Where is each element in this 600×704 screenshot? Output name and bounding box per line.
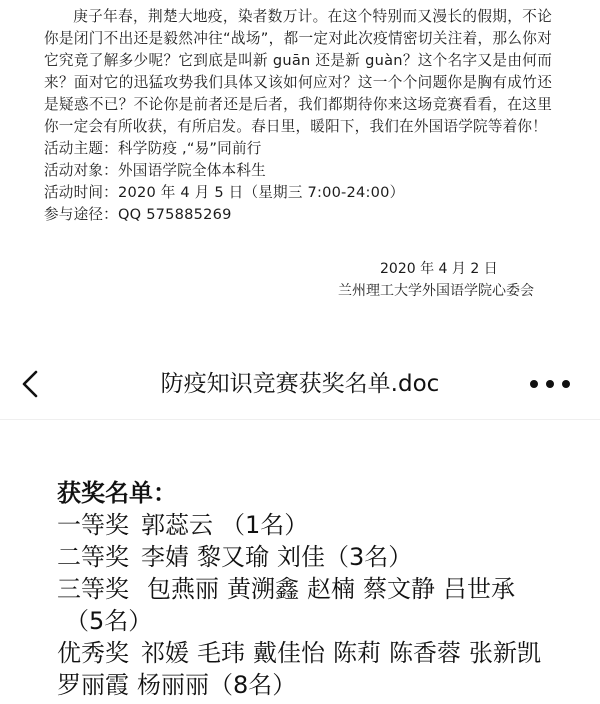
winner-name: 蔡文静 xyxy=(363,575,435,603)
award-tier: 优秀奖 xyxy=(57,639,129,667)
winner-name: 毛玮 xyxy=(197,639,245,667)
field-value: 2020 年 4 月 5 日（星期三 7:00-24:00） xyxy=(118,182,404,204)
award-row-first: 一等奖郭蕊云（1名） xyxy=(57,509,577,541)
award-row-second: 二等奖李婧黎又瑜刘佳（3名） xyxy=(57,541,577,573)
award-count: （1名） xyxy=(221,511,308,539)
more-horizontal-icon xyxy=(530,380,538,388)
winner-name: 李婧 xyxy=(141,543,189,571)
notice-field-channel: 参与途径： QQ 575885269 xyxy=(44,204,552,226)
notice-signature: 2020 年 4 月 2 日 兰州理工大学外国语学院心委会 xyxy=(338,258,534,302)
document-viewer[interactable]: 获奖名单： 一等奖郭蕊云（1名） 二等奖李婧黎又瑜刘佳（3名） 三等奖包燕丽黄溯… xyxy=(0,421,600,704)
notice-field-time: 活动时间： 2020 年 4 月 5 日（星期三 7:00-24:00） xyxy=(44,182,552,204)
field-label: 活动对象： xyxy=(44,160,118,182)
winner-name: 吕世承 xyxy=(443,575,515,603)
field-value: QQ 575885269 xyxy=(118,204,232,226)
award-tier: 三等奖 xyxy=(57,575,129,603)
award-count: （3名） xyxy=(325,543,412,571)
winner-name: 罗丽霞 xyxy=(57,671,129,699)
award-list-heading: 获奖名单： xyxy=(57,477,577,509)
notice-paragraph: 庚子年春，荆楚大地疫，染者数万计。在这个特别而又漫长的假期，不论你是闭门不出还是… xyxy=(44,6,552,138)
award-tier: 一等奖 xyxy=(57,511,129,539)
winner-name: 陈莉 xyxy=(333,639,381,667)
winner-name: 黎又瑜 xyxy=(197,543,269,571)
winner-name: 杨丽丽 xyxy=(137,671,209,699)
document-navbar: 防疫知识竞赛获奖名单.doc xyxy=(0,348,600,420)
field-label: 活动主题： xyxy=(44,138,118,160)
more-options-button[interactable] xyxy=(530,372,570,396)
more-dot xyxy=(562,380,570,388)
award-tier: 二等奖 xyxy=(57,543,129,571)
winner-name: 郭蕊云 xyxy=(141,511,213,539)
document-title: 防疫知识竞赛获奖名单.doc xyxy=(110,366,490,402)
award-row-honorable: 优秀奖祁媛毛玮戴佳怡陈莉陈香蓉张新凯罗丽霞杨丽丽（8名） xyxy=(57,637,577,701)
signature-date: 2020 年 4 月 2 日 xyxy=(338,258,534,280)
signature-org: 兰州理工大学外国语学院心委会 xyxy=(338,280,534,302)
winner-name: 陈香蓉 xyxy=(389,639,461,667)
field-label: 活动时间： xyxy=(44,182,118,204)
winner-name: 赵楠 xyxy=(307,575,355,603)
winner-name: 张新凯 xyxy=(469,639,541,667)
back-button[interactable] xyxy=(14,366,50,402)
chevron-left-icon xyxy=(14,366,50,402)
winner-name: 刘佳 xyxy=(277,543,325,571)
award-list: 获奖名单： 一等奖郭蕊云（1名） 二等奖李婧黎又瑜刘佳（3名） 三等奖包燕丽黄溯… xyxy=(57,477,577,701)
notice-field-theme: 活动主题： 科学防疫 ,“易”同前行 xyxy=(44,138,552,160)
field-value: 外国语学院全体本科生 xyxy=(118,160,266,182)
winner-name: 戴佳怡 xyxy=(253,639,325,667)
award-row-third: 三等奖包燕丽黄溯鑫赵楠蔡文静吕世承 （5名） xyxy=(57,573,577,637)
notice-field-audience: 活动对象： 外国语学院全体本科生 xyxy=(44,160,552,182)
winner-name: 包燕丽 xyxy=(147,575,219,603)
award-count: （8名） xyxy=(209,671,296,699)
winner-name: 黄溯鑫 xyxy=(227,575,299,603)
winner-name: 祁媛 xyxy=(141,639,189,667)
more-dot xyxy=(546,380,554,388)
award-count: （5名） xyxy=(65,607,152,635)
event-notice: 庚子年春，荆楚大地疫，染者数万计。在这个特别而又漫长的假期，不论你是闭门不出还是… xyxy=(44,6,552,226)
field-label: 参与途径： xyxy=(44,204,118,226)
field-value: 科学防疫 ,“易”同前行 xyxy=(118,138,262,160)
